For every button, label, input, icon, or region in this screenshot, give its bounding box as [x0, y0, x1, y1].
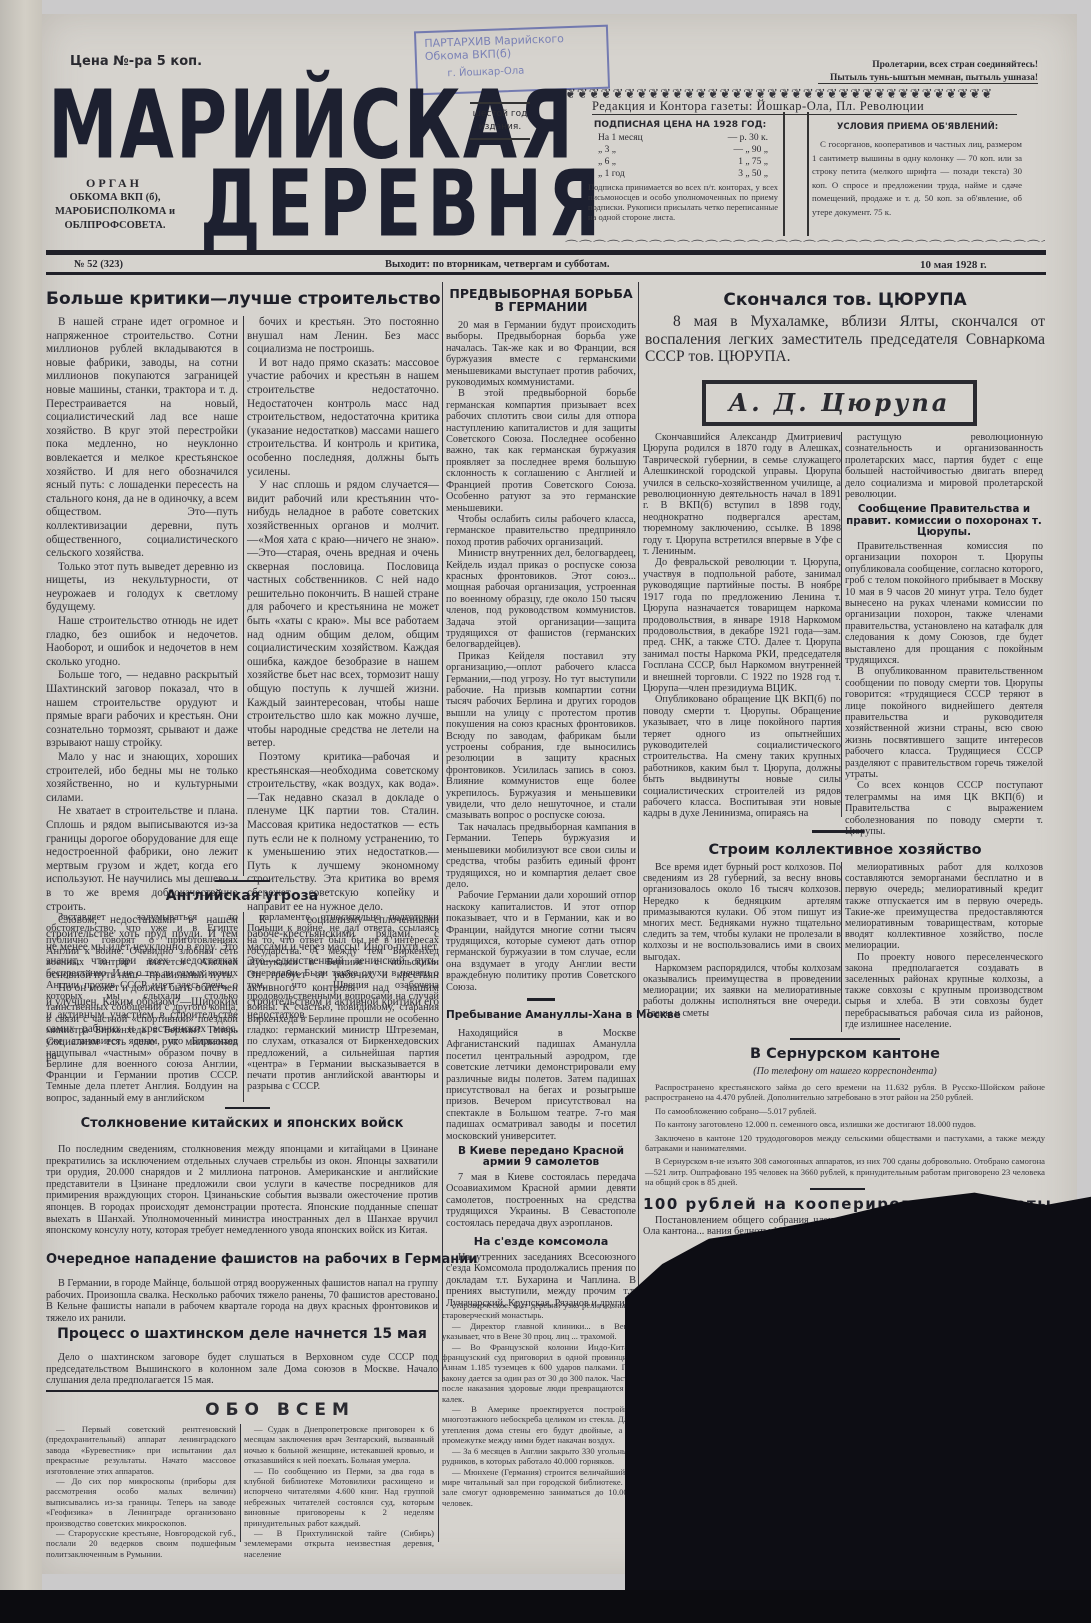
amanulla-text: Находящийся в Москве Афганистанский пади…: [446, 1028, 636, 1142]
shakhty-text: Дело о шахтинском заговоре будет слушать…: [46, 1352, 438, 1387]
criticism-title: Больше критики—лучше строительство: [46, 289, 438, 309]
collective-col1: Все время идет бурный рост колхозов. По …: [643, 862, 841, 1019]
section-rule: [527, 998, 555, 1001]
news-item: — Старорусские крестьяне, Новгородской г…: [46, 1528, 236, 1559]
subscription-table: На 1 месяц— р. 30 к. „ 3 „— „ 90 „ „ 6 „…: [598, 132, 768, 180]
paragraph: До февральской революции т. Цюрупа, учас…: [643, 557, 841, 694]
paragraph: Скончавшийся Александр Дмитриевич Цюрупа…: [643, 432, 841, 557]
england-col2: парламенте, относительно подготовки Поль…: [247, 912, 439, 1093]
komsomol-title: На с'езде комсомола: [446, 1235, 636, 1248]
masthead-rule: [46, 250, 1046, 255]
paragraph: Заключено в кантоне 120 трудодоговоров м…: [645, 1133, 1045, 1154]
section-rule: [790, 1038, 900, 1040]
scan-bottom-edge: [0, 1590, 1091, 1623]
organ-text: ОБКОМА ВКП (б), МАРОБИСПОЛКОМА и ОБЛПРОФ…: [40, 191, 190, 233]
england-col1: Заставляет задумываться то обстоятельств…: [46, 912, 238, 1104]
binding-edge: [0, 0, 42, 1623]
news-item: староверческое. Быт деревни узко-религио…: [442, 1300, 632, 1321]
section-rule: [225, 1107, 270, 1109]
kiev-title: В Киеве передано Красной армии 9 самолет…: [446, 1146, 636, 1168]
section-rule: [810, 1188, 865, 1190]
publication-schedule: Выходит: по вторникам, четвергам и суббо…: [385, 259, 610, 270]
paragraph: Больше того, — недавно раскрытый Шахтинс…: [46, 669, 238, 751]
paragraph: В Сернурском в-не изъято 308 самогонных …: [645, 1156, 1045, 1187]
slogan-russian: Пролетарии, всех стран соединяйтесь!: [818, 60, 1038, 70]
gov-announcement-title: Сообщение Правительства и правит. комисс…: [845, 504, 1043, 539]
paragraph: Наше строительство отнюдь не идет гладко…: [46, 615, 238, 669]
kiev-text: 7 мая в Киеве состоялась передача Осоави…: [446, 1172, 636, 1229]
paragraph: Рабочие Германии дали хороший отпор наск…: [446, 890, 636, 993]
paragraph: бочих и крестьян. Это постоянно внушал н…: [247, 316, 439, 357]
scan-background: ПАРТАРХИВ Марийского Обкома ВКП(б) г. Йо…: [0, 0, 1091, 1623]
misc-col2: — Судак в Днепропетровске приговорен к 6…: [244, 1424, 434, 1559]
paragraph: Со всех концов СССР поступают телеграммы…: [845, 780, 1043, 837]
germany-body: 20 мая в Германии будут происходить выбо…: [446, 320, 636, 993]
paragraph: Мало у нас и знающих, хороших строителей…: [46, 751, 238, 805]
column-rule: [243, 316, 244, 876]
news-item: — Первый советский рентгеновский (предох…: [46, 1424, 236, 1476]
tsyurupa-lead: 8 мая в Мухаламке, вблизи Ялты, скончалс…: [645, 313, 1045, 366]
year-of-publication: шестой год издания.: [470, 102, 530, 140]
shakhty-title: Процесс о шахтинском деле начнется 15 ма…: [46, 1326, 438, 1342]
column-rule: [841, 432, 842, 817]
fascists-title: Очередное нападение фашистов на рабочих …: [46, 1252, 438, 1267]
ads-heading: УСЛОВИЯ ПРИЕМА ОБ'ЯВЛЕНИЙ:: [815, 122, 1020, 132]
subscription-row: „ 3 „— „ 90 „: [598, 144, 768, 156]
issue-number: № 52 (323): [74, 259, 123, 270]
issue-date: 10 мая 1928 г.: [920, 259, 987, 271]
paragraph: В этой предвыборной борьбе германская ко…: [446, 388, 636, 513]
fascists-text: В Германии, в городе Майнце, большой отр…: [46, 1278, 438, 1324]
section-rule: [215, 880, 270, 882]
paragraph: 20 мая в Германии будут происходить выбо…: [446, 320, 636, 388]
england-title: Английская угроза: [46, 888, 438, 904]
paragraph: В опубликованном правительственном сообщ…: [845, 666, 1043, 780]
sernur-subtitle: (По телефону от нашего корреспондента): [645, 1066, 1045, 1077]
collective-title: Строим коллективное хозяйство: [645, 842, 1045, 858]
news-item: — За 6 месяцев в Англии закрыто 330 угол…: [442, 1446, 632, 1467]
paragraph: Чтобы ослабить силы рабочего класса, гер…: [446, 514, 636, 548]
paragraph: Опубликовано обращение ЦК ВКП(б) по пово…: [643, 694, 841, 819]
column-rule: [841, 862, 842, 1032]
paragraph: По самообложению собрано—5.017 рублей.: [645, 1106, 1045, 1116]
section-rule: [812, 830, 864, 833]
paragraph: Только этот путь выведет деревню из нище…: [46, 561, 238, 615]
paragraph: В нашей стране идет огромное и напряженн…: [46, 316, 238, 561]
paragraph: Все время идет бурный рост колхозов. По …: [643, 862, 841, 963]
china-text: По последним сведениям, столкновения меж…: [46, 1144, 438, 1237]
germany-title: ПРЕДВЫБОРНАЯ БОРЬБА В ГЕРМАНИИ: [446, 287, 636, 313]
paragraph: По проекту нового переселенческого закон…: [845, 952, 1043, 1030]
sernur-title: В Сернурском кантоне: [645, 1046, 1045, 1062]
subscription-heading: ПОДПИСНАЯ ЦЕНА НА 1928 ГОД:: [580, 120, 780, 130]
news-item: — Судак в Днепропетровске приговорен к 6…: [244, 1424, 434, 1466]
paragraph: И вот надо прямо сказать: массовое участ…: [247, 357, 439, 479]
news-item: — В Америке проектируется постройка мног…: [442, 1404, 632, 1446]
tsyurupa-col2: растущую революционную сознательность и …: [845, 432, 1043, 838]
news-item: — Директор главной клиники... в Вене ука…: [442, 1321, 632, 1342]
paragraph: Так началась предвыборная кампания в Гер…: [446, 822, 636, 890]
paragraph: Правительственная комиссия по организаци…: [845, 541, 1043, 666]
amanulla-title: Пребывание Амануллы-Хана в Москве: [446, 1009, 636, 1021]
subscription-row: „ 6 „1 „ 75 „: [598, 156, 768, 168]
china-title: Столкновение китайских и японских войск: [46, 1116, 438, 1131]
column-rule: [638, 282, 639, 1402]
news-item: — По сообщению из Перми, за два года в к…: [244, 1466, 434, 1528]
slogan-mari: Пытыль тунь-ыштын мемнан, пытыль ушназа!: [818, 73, 1038, 84]
paragraph: По кантону заготовлено 12.000 п. семенно…: [645, 1119, 1045, 1129]
misc-title: ОБО ВСЕМ: [200, 1400, 360, 1420]
subscription-note: Подписка принимается во всех п/т. контор…: [588, 182, 778, 222]
tsyurupa-title: Скончался тов. ЦЮРУПА: [645, 290, 1045, 310]
organ-label: ОРГАН: [44, 176, 184, 191]
ads-text: С госорганов, кооперативов и частных лиц…: [812, 138, 1022, 219]
paragraph: Распространено крестьянского займа до се…: [645, 1082, 1045, 1103]
issue-price: Цена №-ра 5 коп.: [70, 54, 202, 69]
news-item: — Мюнхене (Германия) строится величайший…: [442, 1467, 632, 1509]
masthead-title-line2: ДЕРЕВНЯ: [200, 160, 606, 252]
section-rule: [46, 1390, 438, 1392]
paragraph: Наркомзем распорядился, чтобы колхозам о…: [643, 963, 841, 1019]
column-rule: [240, 1424, 241, 1542]
column-rule: [243, 912, 244, 1102]
column-rule: [438, 1290, 439, 1542]
divider-column: [783, 112, 809, 236]
misc-col3: староверческое. Быт деревни узко-религио…: [442, 1300, 632, 1508]
subscription-row: „ 1 год3 „ 50 „: [598, 168, 768, 180]
news-item: — До сих пор микроскопы (приборы для рас…: [46, 1476, 236, 1528]
paragraph: мелиоративных работ для колхозов составл…: [845, 862, 1043, 952]
sernur-body: Распространено крестьянского займа до се…: [645, 1082, 1045, 1188]
news-item: — В Прихтулинской тайге (Сибирь) землеме…: [244, 1528, 434, 1559]
column-rule: [442, 282, 443, 1382]
collective-col2: мелиоративных работ для колхозов составл…: [845, 862, 1043, 1030]
misc-col1: — Первый советский рентгеновский (предох…: [46, 1424, 236, 1559]
issue-line-rule: [46, 272, 1046, 275]
paragraph: У нас сплошь и рядом случается—видит раб…: [247, 479, 439, 751]
paragraph: Министр внутренних дел, белогвардеец, Ке…: [446, 548, 636, 651]
tsyurupa-col1: Скончавшийся Александр Дмитриевич Цюрупа…: [643, 432, 841, 820]
tsyurupa-name-box: А. Д. Цюрупа: [702, 380, 977, 426]
paragraph: растущую революционную сознательность и …: [845, 432, 1043, 500]
subscription-row: На 1 месяц— р. 30 к.: [598, 132, 768, 144]
news-item: — Во Французской колонии Индо-Китае фран…: [442, 1342, 632, 1404]
paragraph: Приказ Кейделя поставил эту организацию,…: [446, 651, 636, 822]
